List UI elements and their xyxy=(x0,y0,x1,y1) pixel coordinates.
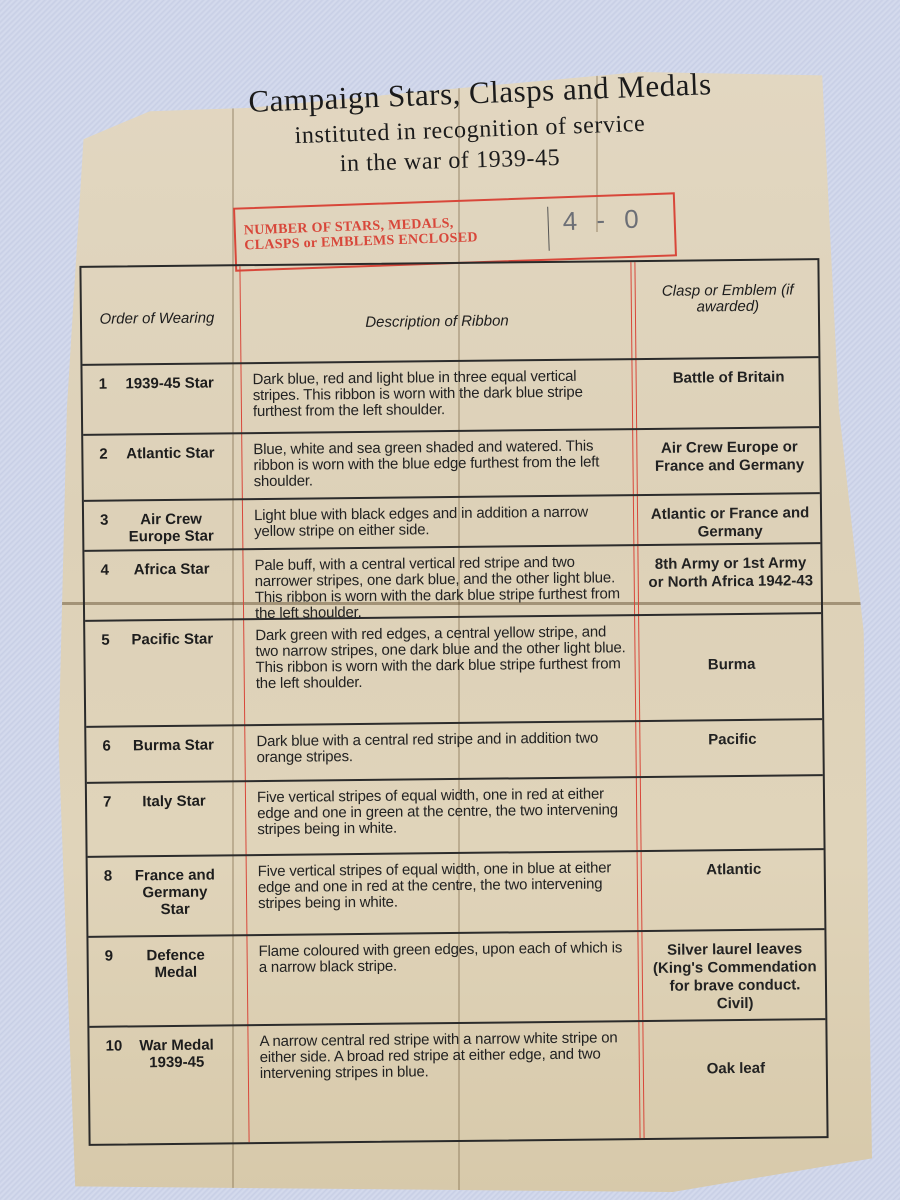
medal-order: 4Africa Star xyxy=(84,550,235,622)
ribbon-description: Dark green with red edges, a central yel… xyxy=(245,616,636,726)
medal-order: 5Pacific Star xyxy=(85,620,236,728)
table-row: 11939-45 StarDark blue, red and light bl… xyxy=(82,356,819,436)
ribbon-description: Dark blue, red and light blue in three e… xyxy=(242,360,633,434)
medal-number: 2 xyxy=(99,445,125,462)
medal-order: 6Burma Star xyxy=(86,726,237,784)
medal-name: Burma Star xyxy=(128,736,218,754)
table-row: 7Italy StarFive vertical stripes of equa… xyxy=(87,774,824,858)
enclosed-count-value: 4 - 0 xyxy=(548,194,675,258)
medal-name: Air Crew Europe Star xyxy=(126,510,216,545)
medal-number: 7 xyxy=(103,793,129,810)
enclosed-label: NUMBER OF STARS, MEDALS, CLASPS or EMBLE… xyxy=(235,199,549,270)
table-row: 8France and Germany StarFive vertical st… xyxy=(88,848,825,938)
ribbon-description: Flame coloured with green edges, upon ea… xyxy=(248,932,639,1026)
clasp-or-emblem: Atlantic xyxy=(644,850,825,932)
medal-order: 11939-45 Star xyxy=(82,364,233,436)
medal-number: 6 xyxy=(102,737,128,754)
medal-name: Italy Star xyxy=(129,792,219,810)
medal-number: 10 xyxy=(105,1037,131,1054)
table-row: 6Burma StarDark blue with a central red … xyxy=(86,718,823,784)
medal-name: War Medal 1939-45 xyxy=(131,1036,221,1071)
medal-number: 5 xyxy=(101,631,127,648)
medal-order: 9Defence Medal xyxy=(88,936,239,1028)
medal-name: Defence Medal xyxy=(131,946,221,981)
table-header-row: Order of Wearing Description of Ribbon C… xyxy=(81,260,818,364)
table-row: 9Defence MedalFlame coloured with green … xyxy=(88,928,825,1028)
medal-name: 1939-45 Star xyxy=(125,374,215,392)
medal-order: 2Atlantic Star xyxy=(83,434,234,502)
medal-name: Atlantic Star xyxy=(125,444,215,462)
clasp-or-emblem: Pacific xyxy=(642,720,823,778)
ribbon-description: Five vertical stripes of equal width, on… xyxy=(248,852,639,936)
ribbon-description: Pale buff, with a central vertical red s… xyxy=(244,546,635,620)
header-clasp: Clasp or Emblem (if awarded) xyxy=(637,260,818,358)
ribbon-description: Five vertical stripes of equal width, on… xyxy=(247,778,638,856)
medal-number: 1 xyxy=(99,375,125,392)
medal-number: 8 xyxy=(104,867,130,884)
table-row: 10War Medal 1939-45A narrow central red … xyxy=(89,1018,826,1130)
table-row: 5Pacific StarDark green with red edges, … xyxy=(85,612,822,728)
medal-order: 10War Medal 1939-45 xyxy=(89,1026,240,1130)
medal-order: 7Italy Star xyxy=(87,782,238,858)
ribbon-description: A narrow central red stripe with a narro… xyxy=(249,1022,640,1128)
clasp-or-emblem: Air Crew Europe or France and Germany xyxy=(639,428,820,496)
clasp-or-emblem: Burma xyxy=(641,614,822,722)
medal-order: 8France and Germany Star xyxy=(88,856,239,938)
medal-name: France and Germany Star xyxy=(130,866,221,918)
header-order: Order of Wearing xyxy=(81,266,232,364)
medal-number: 4 xyxy=(101,561,127,578)
clasp-or-emblem: Atlantic or France and Germany xyxy=(640,494,821,546)
ribbon-description: Blue, white and sea green shaded and wat… xyxy=(243,430,634,500)
medal-number: 3 xyxy=(100,511,126,528)
table-row: 2Atlantic StarBlue, white and sea green … xyxy=(83,426,820,502)
title-block: Campaign Stars, Clasps and Medals instit… xyxy=(150,75,790,175)
clasp-or-emblem: Oak leaf xyxy=(645,1020,826,1124)
medals-table: Order of Wearing Description of Ribbon C… xyxy=(79,258,828,1146)
clasp-or-emblem xyxy=(643,776,824,852)
table-row: 4Africa StarPale buff, with a central ve… xyxy=(84,542,821,622)
clasp-or-emblem: 8th Army or 1st Army or North Africa 194… xyxy=(640,544,821,616)
medal-number: 9 xyxy=(105,947,131,964)
clasp-or-emblem: Silver laurel leaves (King's Commendatio… xyxy=(644,930,825,1022)
clasp-or-emblem: Battle of Britain xyxy=(638,358,819,430)
medal-name: Pacific Star xyxy=(127,630,217,648)
ribbon-description: Light blue with black edges and in addit… xyxy=(244,496,635,550)
medal-order: 3Air Crew Europe Star xyxy=(84,500,235,552)
ribbon-description: Dark blue with a central red stripe and … xyxy=(246,722,637,782)
header-description: Description of Ribbon xyxy=(241,262,632,362)
medal-name: Africa Star xyxy=(127,560,217,578)
